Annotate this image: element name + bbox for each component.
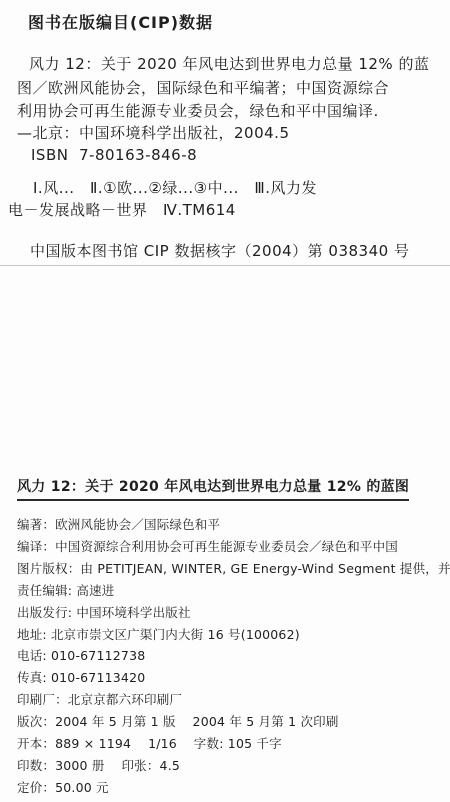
address-line: 地址: 北京市崇文区广渠门内大街 16 号(100062) bbox=[17, 624, 446, 646]
editor-line: 编著：欧洲风能协会／国际绿色和平 bbox=[17, 514, 446, 536]
book-copyright-page: 图书在版编目(CIP)数据 风力 12：关于 2020 年风电达到世界电力总量 … bbox=[0, 0, 450, 802]
book-title: 风力 12：关于 2020 年风电达到世界电力总量 12% 的蓝图 bbox=[17, 476, 409, 501]
price-line: 定价：50.00 元 bbox=[17, 777, 446, 799]
cip-description-line-1: 风力 12：关于 2020 年风电达到世界电力总量 12% 的蓝 bbox=[29, 53, 429, 74]
isbn-line: ISBN 7-80163-846-8 bbox=[31, 146, 197, 164]
print-run-line: 印数：3000 册 印张：4.5 bbox=[17, 755, 446, 777]
translator-line: 编译：中国资源综合利用协会可再生能源专业委员会／绿色和平中国 bbox=[17, 536, 446, 558]
format-line: 开本：889 × 1194 1/16 字数: 105 千字 bbox=[17, 733, 446, 755]
publisher-line: 出版发行: 中国环境科学出版社 bbox=[17, 602, 446, 624]
image-credit-line: 图片版权：由 PETITJEAN, WINTER, GE Energy-Wind… bbox=[17, 558, 446, 580]
cip-description-line-4: —北京：中国环境科学出版社，2004.5 bbox=[17, 122, 290, 143]
responsible-editor-line: 责任编辑: 高速进 bbox=[17, 580, 446, 602]
cip-classification-line-2: 电－发展战略－世界 Ⅳ.TM614 bbox=[8, 199, 236, 220]
cip-description-line-2: 图／欧洲风能协会，国际绿色和平编著；中国资源综合 bbox=[17, 77, 389, 98]
cip-description-line-3: 利用协会可再生能源专业委员会，绿色和平中国编译. bbox=[17, 100, 379, 121]
printer-line: 印刷厂：北京京都六环印刷厂 bbox=[17, 689, 446, 711]
section-divider bbox=[0, 265, 450, 266]
edition-line: 版次：2004 年 5 月第 1 版 2004 年 5 月第 1 次印刷 bbox=[17, 711, 446, 733]
fax-line: 传真: 010-67113420 bbox=[17, 667, 446, 689]
colophon-lines: 编著：欧洲风能协会／国际绿色和平 编译：中国资源综合利用协会可再生能源专业委员会… bbox=[17, 514, 446, 799]
cip-record-number: 中国版本图书馆 CIP 数据核字（2004）第 038340 号 bbox=[30, 240, 409, 261]
cip-classification-line-1: Ⅰ.风... Ⅱ.①欧...②绿...③中... Ⅲ.风力发 bbox=[33, 177, 317, 198]
cip-heading: 图书在版编目(CIP)数据 bbox=[28, 10, 213, 33]
phone-line: 电话: 010-67112738 bbox=[17, 645, 446, 667]
